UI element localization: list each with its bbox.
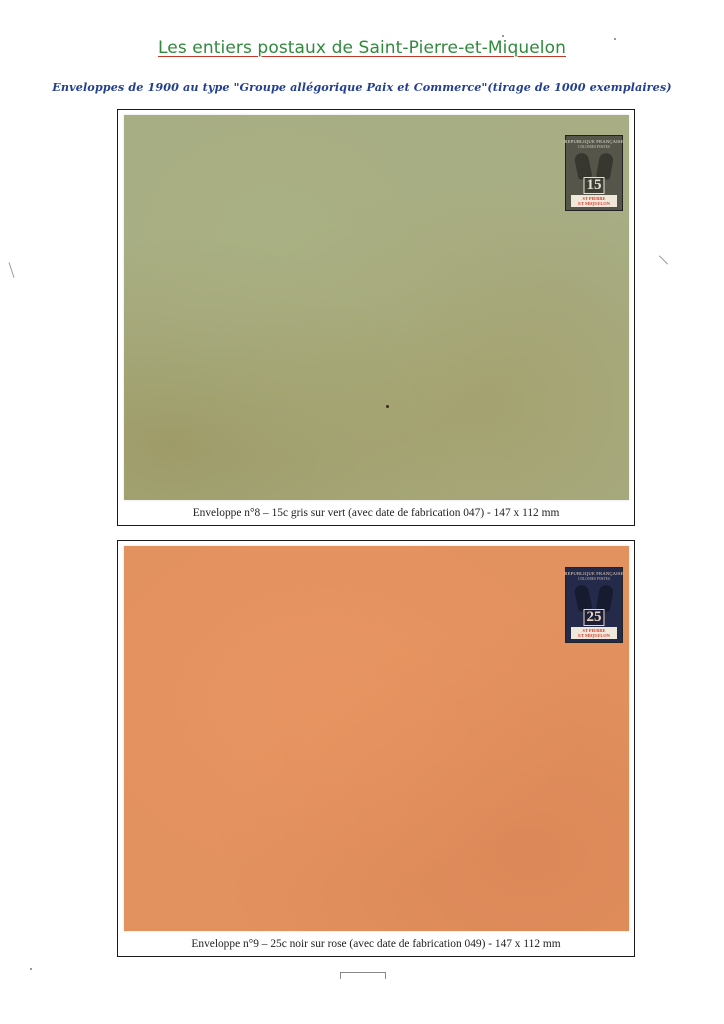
envelope-frame-8: REPUBLIQUE FRANÇAISE COLONIES POSTES 15 …	[117, 109, 635, 526]
envelope-image-8: REPUBLIQUE FRANÇAISE COLONIES POSTES 15 …	[124, 115, 629, 500]
stamp-header: REPUBLIQUE FRANÇAISE	[564, 139, 623, 144]
allegory-figures-icon: 25	[566, 581, 622, 627]
stamp-value: 15	[584, 177, 605, 194]
scan-mark-left	[9, 262, 15, 278]
stamp-country-line2: ET MIQUELON	[571, 633, 617, 638]
page-bracket-mark	[340, 972, 386, 979]
page-subtitle: Enveloppes de 1900 au type "Groupe allég…	[0, 80, 724, 94]
page-title: Les entiers postaux de Saint-Pierre-et-M…	[0, 38, 724, 58]
allegory-figures-icon: 15	[566, 149, 622, 195]
stamp-header: REPUBLIQUE FRANÇAISE	[564, 571, 623, 576]
paper-spot	[386, 405, 389, 408]
printed-stamp-25c: REPUBLIQUE FRANÇAISE COLONIES POSTES 25 …	[565, 567, 623, 643]
figure-peace-icon	[573, 584, 592, 612]
scan-speck	[502, 35, 504, 37]
scan-mark-right	[659, 255, 668, 264]
scan-speck	[30, 968, 32, 970]
figure-peace-icon	[573, 152, 592, 180]
envelope-image-9: REPUBLIQUE FRANÇAISE COLONIES POSTES 25 …	[124, 546, 629, 931]
printed-stamp-15c: REPUBLIQUE FRANÇAISE COLONIES POSTES 15 …	[565, 135, 623, 211]
envelope-caption-8: Enveloppe n°8 – 15c gris sur vert (avec …	[118, 507, 634, 519]
figure-commerce-icon	[596, 152, 614, 180]
envelope-caption-9: Enveloppe n°9 – 25c noir sur rose (avec …	[118, 938, 634, 950]
figure-commerce-icon	[596, 584, 614, 612]
scan-speck	[614, 38, 616, 40]
page-title-text: Les entiers postaux de Saint-Pierre-et-M…	[158, 38, 566, 58]
stamp-country-label: ST PIERRE ET MIQUELON	[571, 627, 617, 639]
stamp-value: 25	[584, 609, 605, 626]
envelope-frame-9: REPUBLIQUE FRANÇAISE COLONIES POSTES 25 …	[117, 540, 635, 957]
stamp-country-line2: ET MIQUELON	[571, 201, 617, 206]
stamp-country-label: ST PIERRE ET MIQUELON	[571, 195, 617, 207]
